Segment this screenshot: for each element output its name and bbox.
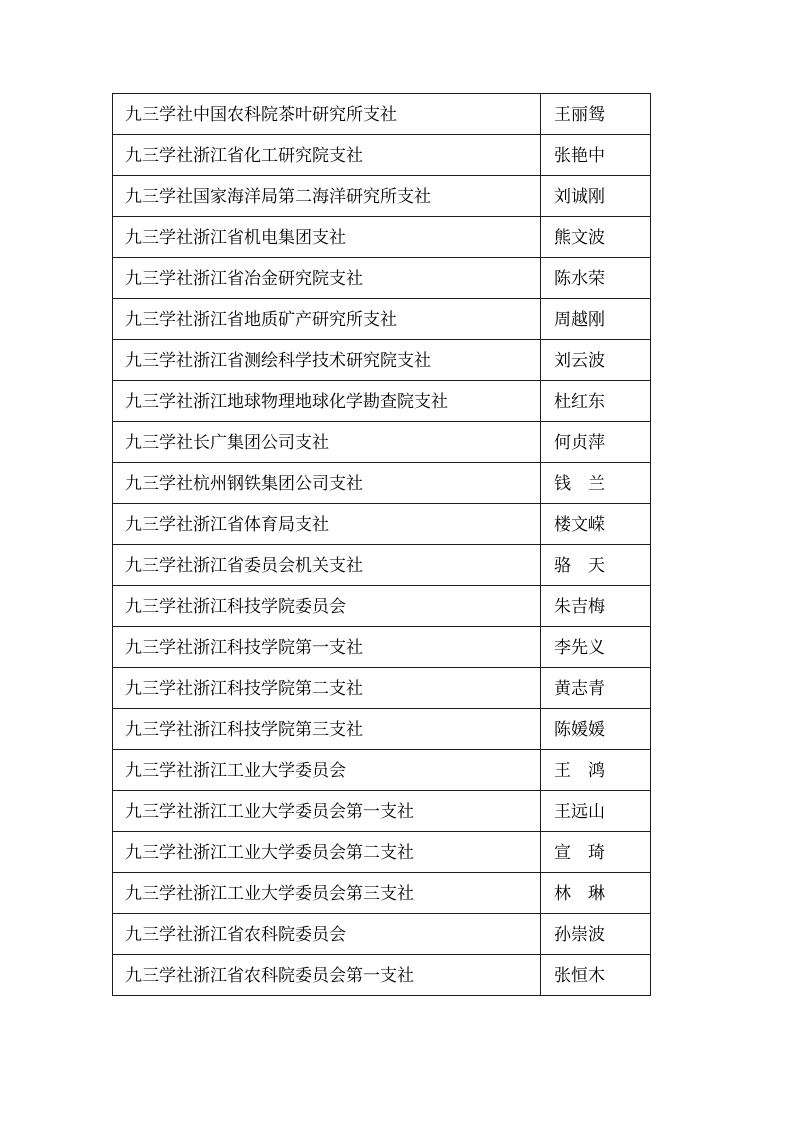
table-row: 九三学社浙江工业大学委员会第二支社 宣 琦 [113, 832, 651, 873]
org-cell: 九三学社浙江省化工研究院支社 [113, 135, 541, 176]
table-row: 九三学社浙江科技学院委员会 朱吉梅 [113, 586, 651, 627]
org-cell: 九三学社浙江科技学院第三支社 [113, 709, 541, 750]
table-row: 九三学社浙江工业大学委员会 王 鸿 [113, 750, 651, 791]
name-cell: 周越刚 [541, 299, 651, 340]
org-cell: 九三学社浙江省机电集团支社 [113, 217, 541, 258]
org-cell: 九三学社浙江科技学院委员会 [113, 586, 541, 627]
org-cell: 九三学社浙江省委员会机关支社 [113, 545, 541, 586]
document-page: 九三学社中国农科院茶叶研究所支社 王丽鸳 九三学社浙江省化工研究院支社 张艳中 … [0, 0, 793, 1122]
table-row: 九三学社浙江省体育局支社 楼文嵘 [113, 504, 651, 545]
name-cell: 王丽鸳 [541, 94, 651, 135]
name-cell: 陈水荣 [541, 258, 651, 299]
name-cell: 孙崇波 [541, 914, 651, 955]
name-cell: 楼文嵘 [541, 504, 651, 545]
org-cell: 九三学社浙江工业大学委员会第一支社 [113, 791, 541, 832]
table-row: 九三学社长广集团公司支社 何贞萍 [113, 422, 651, 463]
table-row: 九三学社国家海洋局第二海洋研究所支社 刘诚刚 [113, 176, 651, 217]
name-cell: 王 鸿 [541, 750, 651, 791]
table-row: 九三学社浙江科技学院第一支社 李先义 [113, 627, 651, 668]
org-cell: 九三学社浙江省地质矿产研究所支社 [113, 299, 541, 340]
table-row: 九三学社浙江地球物理地球化学勘查院支社 杜红东 [113, 381, 651, 422]
name-cell: 骆 天 [541, 545, 651, 586]
org-cell: 九三学社浙江科技学院第二支社 [113, 668, 541, 709]
table-row: 九三学社浙江科技学院第二支社 黄志青 [113, 668, 651, 709]
org-cell: 九三学社浙江工业大学委员会第三支社 [113, 873, 541, 914]
org-cell: 九三学社杭州钢铁集团公司支社 [113, 463, 541, 504]
table-row: 九三学社浙江科技学院第三支社 陈媛媛 [113, 709, 651, 750]
org-cell: 九三学社浙江省冶金研究院支社 [113, 258, 541, 299]
table-row: 九三学社浙江省测绘科学技术研究院支社 刘云波 [113, 340, 651, 381]
name-cell: 刘云波 [541, 340, 651, 381]
table-row: 九三学社浙江省地质矿产研究所支社 周越刚 [113, 299, 651, 340]
name-cell: 何贞萍 [541, 422, 651, 463]
org-cell: 九三学社中国农科院茶叶研究所支社 [113, 94, 541, 135]
name-cell: 林 琳 [541, 873, 651, 914]
org-cell: 九三学社长广集团公司支社 [113, 422, 541, 463]
name-cell: 陈媛媛 [541, 709, 651, 750]
branch-leader-table: 九三学社中国农科院茶叶研究所支社 王丽鸳 九三学社浙江省化工研究院支社 张艳中 … [112, 93, 651, 996]
table-row: 九三学社浙江省委员会机关支社 骆 天 [113, 545, 651, 586]
name-cell: 王远山 [541, 791, 651, 832]
table-row: 九三学社浙江省冶金研究院支社 陈水荣 [113, 258, 651, 299]
table-row: 九三学社浙江工业大学委员会第一支社 王远山 [113, 791, 651, 832]
org-cell: 九三学社浙江科技学院第一支社 [113, 627, 541, 668]
name-cell: 熊文波 [541, 217, 651, 258]
table-row: 九三学社浙江省农科院委员会第一支社 张恒木 [113, 955, 651, 996]
org-cell: 九三学社浙江工业大学委员会 [113, 750, 541, 791]
table-row: 九三学社中国农科院茶叶研究所支社 王丽鸳 [113, 94, 651, 135]
name-cell: 刘诚刚 [541, 176, 651, 217]
org-cell: 九三学社浙江省农科院委员会 [113, 914, 541, 955]
name-cell: 钱 兰 [541, 463, 651, 504]
table-row: 九三学社浙江省机电集团支社 熊文波 [113, 217, 651, 258]
org-cell: 九三学社浙江省测绘科学技术研究院支社 [113, 340, 541, 381]
org-cell: 九三学社国家海洋局第二海洋研究所支社 [113, 176, 541, 217]
name-cell: 李先义 [541, 627, 651, 668]
name-cell: 张恒木 [541, 955, 651, 996]
table-row: 九三学社浙江省农科院委员会 孙崇波 [113, 914, 651, 955]
table-row: 九三学社浙江省化工研究院支社 张艳中 [113, 135, 651, 176]
name-cell: 黄志青 [541, 668, 651, 709]
org-cell: 九三学社浙江省体育局支社 [113, 504, 541, 545]
name-cell: 朱吉梅 [541, 586, 651, 627]
table-row: 九三学社浙江工业大学委员会第三支社 林 琳 [113, 873, 651, 914]
name-cell: 宣 琦 [541, 832, 651, 873]
org-cell: 九三学社浙江地球物理地球化学勘查院支社 [113, 381, 541, 422]
org-cell: 九三学社浙江工业大学委员会第二支社 [113, 832, 541, 873]
org-cell: 九三学社浙江省农科院委员会第一支社 [113, 955, 541, 996]
table-row: 九三学社杭州钢铁集团公司支社 钱 兰 [113, 463, 651, 504]
name-cell: 杜红东 [541, 381, 651, 422]
name-cell: 张艳中 [541, 135, 651, 176]
